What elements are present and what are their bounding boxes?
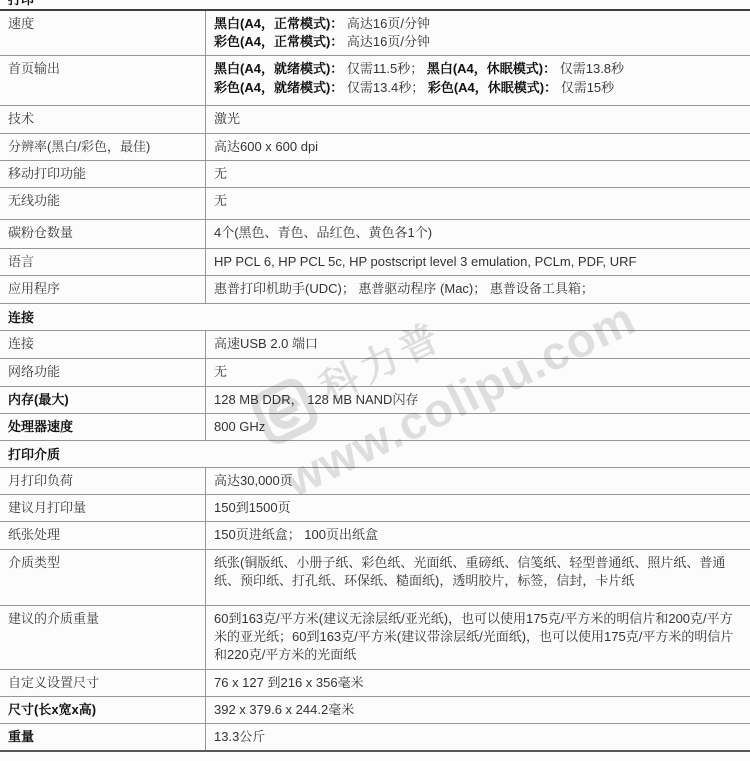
value-line: 纸张(铜版纸、小册子纸、彩色纸、光面纸、重磅纸、信笺纸、轻型普通纸、照片纸、普通…: [214, 554, 742, 590]
value-segment: 无: [214, 193, 227, 208]
value-segment: 仅需13.4秒；: [347, 80, 428, 95]
spec-value: 高达600 x 600 dpi: [206, 134, 750, 160]
spec-value: 高速USB 2.0 端口: [206, 331, 750, 358]
value-segment-bold: 黑白(A4，就绪模式)：: [214, 61, 347, 76]
value-segment: 仅需13.8秒: [560, 61, 624, 76]
spec-value: 76 x 127 到216 x 356毫米: [206, 670, 750, 696]
spec-value: 无: [206, 359, 750, 385]
spec-label: 内存(最大): [0, 387, 206, 413]
value-line: 392 x 379.6 x 244.2毫米: [214, 701, 742, 719]
value-segment: 无: [214, 364, 227, 379]
value-segment: 仅需11.5秒；: [347, 61, 427, 76]
spec-label: 自定义设置尺寸: [0, 670, 206, 696]
spec-row: 纸张处理150页进纸盒； 100页出纸盒: [0, 522, 750, 549]
value-line: 150页进纸盒； 100页出纸盒: [214, 526, 742, 544]
value-line: 4个(黑色、青色、品红色、黄色各1个): [214, 224, 742, 242]
value-segment-bold: 彩色(A4，就绪模式)：: [214, 80, 347, 95]
value-segment: 392 x 379.6 x 244.2毫米: [214, 702, 354, 717]
value-segment: 高达16页/分钟: [347, 16, 430, 31]
value-segment: 60到163克/平方米(建议无涂层纸/亚光纸)，也可以使用175克/平方米的明信…: [214, 611, 733, 662]
value-segment-bold: 黑白(A4，正常模式)：: [214, 16, 347, 31]
spec-value: 无: [206, 188, 750, 219]
spec-label: 首页输出: [0, 56, 206, 105]
value-line: 128 MB DDR， 128 MB NAND闪存: [214, 391, 742, 409]
spec-row: 连接高速USB 2.0 端口: [0, 331, 750, 359]
value-line: 13.3公斤: [214, 728, 742, 746]
value-segment: 128 MB DDR， 128 MB NAND闪存: [214, 392, 418, 407]
value-segment: 高达600 x 600 dpi: [214, 139, 318, 154]
spec-label: 建议月打印量: [0, 495, 206, 521]
value-line: 高达30,000页: [214, 472, 742, 490]
value-line: 高达600 x 600 dpi: [214, 138, 742, 156]
spec-value: 392 x 379.6 x 244.2毫米: [206, 697, 750, 723]
spec-row: 技术激光: [0, 106, 750, 133]
value-line: 无: [214, 192, 742, 210]
spec-row: 建议月打印量150到1500页: [0, 495, 750, 522]
value-line: 60到163克/平方米(建议无涂层纸/亚光纸)，也可以使用175克/平方米的明信…: [214, 610, 742, 665]
value-line: 彩色(A4，就绪模式)： 仅需13.4秒； 彩色(A4，休眠模式)： 仅需15秒: [214, 79, 742, 97]
value-segment: 激光: [214, 111, 240, 126]
value-segment: 纸张(铜版纸、小册子纸、彩色纸、光面纸、重磅纸、信笺纸、轻型普通纸、照片纸、普通…: [214, 555, 725, 588]
value-line: 150到1500页: [214, 499, 742, 517]
value-segment: 高达16页/分钟: [347, 34, 430, 49]
spec-value: 黑白(A4，就绪模式)： 仅需11.5秒； 黑白(A4，休眠模式)： 仅需13.…: [206, 56, 750, 105]
spec-label: 分辨率(黑白/彩色，最佳): [0, 134, 206, 160]
spec-value: 惠普打印机助手(UDC)； 惠普驱动程序 (Mac)； 惠普设备工具箱；: [206, 276, 750, 303]
spec-value: HP PCL 6, HP PCL 5c, HP postscript level…: [206, 249, 750, 275]
value-segment: 4个(黑色、青色、品红色、黄色各1个): [214, 225, 432, 240]
value-segment: 高达30,000页: [214, 473, 293, 488]
spec-label: 移动打印功能: [0, 161, 206, 187]
spec-row: 语言HP PCL 6, HP PCL 5c, HP postscript lev…: [0, 249, 750, 276]
spec-row: 分辨率(黑白/彩色，最佳)高达600 x 600 dpi: [0, 134, 750, 161]
spec-label: 尺寸(长x宽x高): [0, 697, 206, 723]
spec-label: 纸张处理: [0, 522, 206, 548]
spec-value: 800 GHz: [206, 414, 750, 440]
spec-label: 速度: [0, 11, 206, 55]
spec-label: 建议的介质重量: [0, 606, 206, 669]
spec-value: 60到163克/平方米(建议无涂层纸/亚光纸)，也可以使用175克/平方米的明信…: [206, 606, 750, 669]
value-line: 76 x 127 到216 x 356毫米: [214, 674, 742, 692]
value-line: 高速USB 2.0 端口: [214, 335, 742, 353]
section-header-打印介质: 打印介质: [0, 441, 750, 468]
spec-row: 移动打印功能无: [0, 161, 750, 188]
spec-row: 应用程序惠普打印机助手(UDC)； 惠普驱动程序 (Mac)； 惠普设备工具箱；: [0, 276, 750, 304]
spec-label: 月打印负荷: [0, 468, 206, 494]
spec-label: 应用程序: [0, 276, 206, 303]
value-segment: 76 x 127 到216 x 356毫米: [214, 675, 364, 690]
value-line: 800 GHz: [214, 418, 742, 436]
value-segment: 800 GHz: [214, 419, 265, 434]
value-segment: 150页进纸盒； 100页出纸盒: [214, 527, 378, 542]
value-segment: 150到1500页: [214, 500, 291, 515]
value-line: 黑白(A4，就绪模式)： 仅需11.5秒； 黑白(A4，休眠模式)： 仅需13.…: [214, 60, 742, 78]
spec-row: 内存(最大)128 MB DDR， 128 MB NAND闪存: [0, 387, 750, 414]
value-segment-bold: 黑白(A4，休眠模式)：: [427, 61, 560, 76]
spec-value: 13.3公斤: [206, 724, 750, 750]
value-segment: 高速USB 2.0 端口: [214, 336, 318, 351]
value-line: 惠普打印机助手(UDC)； 惠普驱动程序 (Mac)； 惠普设备工具箱；: [214, 280, 742, 298]
spec-label: 技术: [0, 106, 206, 132]
spec-label: 重量: [0, 724, 206, 750]
spec-value: 高达30,000页: [206, 468, 750, 494]
spec-value: 激光: [206, 106, 750, 132]
section-header-打印: 打印: [0, 0, 750, 11]
value-segment-bold: 彩色(A4，休眠模式)：: [428, 80, 561, 95]
value-line: HP PCL 6, HP PCL 5c, HP postscript level…: [214, 253, 742, 271]
spec-label: 网络功能: [0, 359, 206, 385]
section-label: 连接: [8, 310, 34, 325]
value-line: 黑白(A4，正常模式)： 高达16页/分钟: [214, 15, 742, 33]
spec-row: 碳粉仓数量4个(黑色、青色、品红色、黄色各1个): [0, 220, 750, 249]
value-line: 无: [214, 363, 742, 381]
spec-label: 碳粉仓数量: [0, 220, 206, 248]
section-label: 打印介质: [8, 447, 60, 462]
spec-value: 150到1500页: [206, 495, 750, 521]
spec-row: 处理器速度800 GHz: [0, 414, 750, 441]
section-label: 打印: [8, 0, 742, 9]
value-line: 激光: [214, 110, 742, 128]
spec-label: 语言: [0, 249, 206, 275]
section-header-连接: 连接: [0, 304, 750, 331]
spec-value: 黑白(A4，正常模式)： 高达16页/分钟彩色(A4，正常模式)： 高达16页/…: [206, 11, 750, 55]
spec-row: 介质类型纸张(铜版纸、小册子纸、彩色纸、光面纸、重磅纸、信笺纸、轻型普通纸、照片…: [0, 550, 750, 606]
spec-row: 网络功能无: [0, 359, 750, 386]
spec-row: 无线功能无: [0, 188, 750, 220]
spec-row: 建议的介质重量60到163克/平方米(建议无涂层纸/亚光纸)，也可以使用175克…: [0, 606, 750, 670]
value-segment: 仅需15秒: [561, 80, 614, 95]
value-segment: 13.3公斤: [214, 729, 265, 744]
spec-row: 尺寸(长x宽x高)392 x 379.6 x 244.2毫米: [0, 697, 750, 724]
spec-row: 重量13.3公斤: [0, 724, 750, 752]
value-line: 彩色(A4，正常模式)： 高达16页/分钟: [214, 33, 742, 51]
value-segment: 无: [214, 166, 227, 181]
spec-value: 150页进纸盒； 100页出纸盒: [206, 522, 750, 548]
value-segment-bold: 彩色(A4，正常模式)：: [214, 34, 347, 49]
spec-label: 介质类型: [0, 550, 206, 605]
spec-label: 处理器速度: [0, 414, 206, 440]
spec-value: 4个(黑色、青色、品红色、黄色各1个): [206, 220, 750, 248]
spec-value: 无: [206, 161, 750, 187]
value-line: 无: [214, 165, 742, 183]
spec-row: 月打印负荷高达30,000页: [0, 468, 750, 495]
spec-value: 128 MB DDR， 128 MB NAND闪存: [206, 387, 750, 413]
spec-row: 速度黑白(A4，正常模式)： 高达16页/分钟彩色(A4，正常模式)： 高达16…: [0, 11, 750, 56]
spec-table: 打印速度黑白(A4，正常模式)： 高达16页/分钟彩色(A4，正常模式)： 高达…: [0, 0, 750, 752]
value-segment: 惠普打印机助手(UDC)； 惠普驱动程序 (Mac)； 惠普设备工具箱；: [214, 281, 594, 296]
spec-value: 纸张(铜版纸、小册子纸、彩色纸、光面纸、重磅纸、信笺纸、轻型普通纸、照片纸、普通…: [206, 550, 750, 605]
spec-label: 无线功能: [0, 188, 206, 219]
spec-row: 自定义设置尺寸76 x 127 到216 x 356毫米: [0, 670, 750, 697]
value-segment: HP PCL 6, HP PCL 5c, HP postscript level…: [214, 254, 636, 269]
spec-label: 连接: [0, 331, 206, 358]
spec-row: 首页输出黑白(A4，就绪模式)： 仅需11.5秒； 黑白(A4，休眠模式)： 仅…: [0, 56, 750, 106]
